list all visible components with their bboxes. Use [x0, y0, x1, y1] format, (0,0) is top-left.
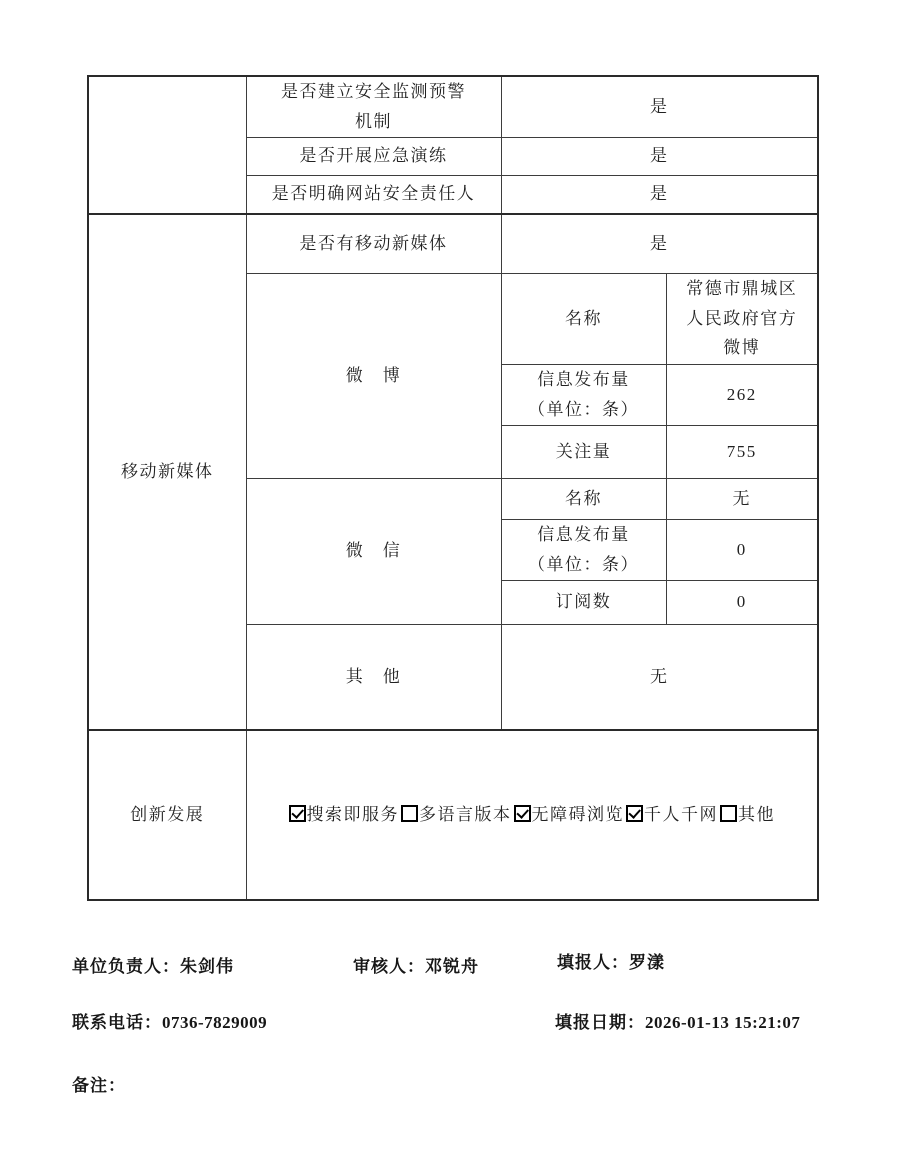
innovation-option-label: 其他	[738, 805, 775, 824]
innovation-option-label: 千人千网	[644, 805, 718, 824]
other-media-value: 无	[501, 624, 818, 730]
footer-responsible: 单位负责人：朱剑伟	[72, 952, 234, 977]
footer-report-date: 填报日期：2026-01-13 15:21:07	[555, 1008, 800, 1033]
section-label-cell-empty	[88, 76, 246, 214]
report-table: 是否建立安全监测预警 机制 是 是否开展应急演练 是 是否明确网站安全责任人 是…	[87, 75, 819, 901]
innovation-options: 搜索即服务多语言版本无障碍浏览千人千网其他	[289, 805, 776, 824]
footer-phone: 联系电话：0736-7829009	[72, 1008, 267, 1033]
footer-responsible-value: 朱剑伟	[180, 957, 234, 976]
security-question-drill: 是否开展应急演练	[246, 137, 501, 175]
weibo-followers-label: 关注量	[501, 425, 666, 478]
checkbox-checked-icon	[626, 805, 643, 822]
section-label-innovation: 创新发展	[88, 730, 246, 900]
wechat-name-label: 名称	[501, 478, 666, 519]
security-question-responsible-person: 是否明确网站安全责任人	[246, 175, 501, 214]
mobile-media-answer: 是	[501, 214, 818, 273]
wechat-name-value: 无	[666, 478, 818, 519]
footer-filler-value: 罗漾	[629, 953, 665, 972]
security-question-monitoring: 是否建立安全监测预警 机制	[246, 76, 501, 137]
annual-report-page: 是否建立安全监测预警 机制 是 是否开展应急演练 是 是否明确网站安全责任人 是…	[0, 0, 904, 1165]
footer-responsible-label: 单位负责人：	[72, 957, 180, 976]
wechat-subscribers-value: 0	[666, 580, 818, 624]
innovation-option-label: 无障碍浏览	[532, 805, 625, 824]
innovation-option: 千人千网	[624, 805, 718, 824]
wechat-posts-label: 信息发布量 （单位：条）	[501, 519, 666, 580]
footer-reviewer-label: 审核人：	[353, 957, 425, 976]
innovation-option-label: 多语言版本	[419, 805, 512, 824]
checkbox-checked-icon	[289, 805, 306, 822]
checkbox-unchecked-icon	[720, 805, 737, 822]
innovation-option: 多语言版本	[399, 805, 512, 824]
checkbox-unchecked-icon	[401, 805, 418, 822]
footer-remarks: 备注：	[72, 1071, 126, 1096]
security-answer-monitoring: 是	[501, 76, 818, 137]
footer-filler: 填报人：罗漾	[557, 948, 665, 973]
innovation-options-cell: 搜索即服务多语言版本无障碍浏览千人千网其他	[246, 730, 818, 900]
weibo-posts-label: 信息发布量 （单位：条）	[501, 364, 666, 425]
footer-remarks-label: 备注：	[72, 1076, 126, 1095]
weibo-followers-value: 755	[666, 425, 818, 478]
footer-reviewer-value: 邓锐舟	[425, 957, 479, 976]
weibo-label-cell: 微 博	[246, 273, 501, 478]
security-answer-responsible-person: 是	[501, 175, 818, 214]
innovation-option: 无障碍浏览	[512, 805, 625, 824]
footer-report-date-label: 填报日期：	[555, 1013, 645, 1032]
wechat-label-cell: 微 信	[246, 478, 501, 624]
mobile-media-question: 是否有移动新媒体	[246, 214, 501, 273]
security-answer-drill: 是	[501, 137, 818, 175]
footer-reviewer: 审核人：邓锐舟	[353, 952, 479, 977]
innovation-option-label: 搜索即服务	[307, 805, 400, 824]
footer-phone-label: 联系电话：	[72, 1013, 162, 1032]
footer-filler-label: 填报人：	[557, 953, 629, 972]
other-media-label: 其 他	[246, 624, 501, 730]
weibo-posts-value: 262	[666, 364, 818, 425]
footer-phone-value: 0736-7829009	[162, 1013, 267, 1032]
section-label-mobile-media: 移动新媒体	[88, 214, 246, 730]
wechat-posts-value: 0	[666, 519, 818, 580]
footer-report-date-value: 2026-01-13 15:21:07	[645, 1013, 800, 1032]
weibo-name-value: 常德市鼎城区 人民政府官方 微博	[666, 273, 818, 364]
wechat-subscribers-label: 订阅数	[501, 580, 666, 624]
innovation-option: 搜索即服务	[289, 805, 400, 824]
checkbox-checked-icon	[514, 805, 531, 822]
innovation-option: 其他	[718, 805, 775, 824]
weibo-name-label: 名称	[501, 273, 666, 364]
